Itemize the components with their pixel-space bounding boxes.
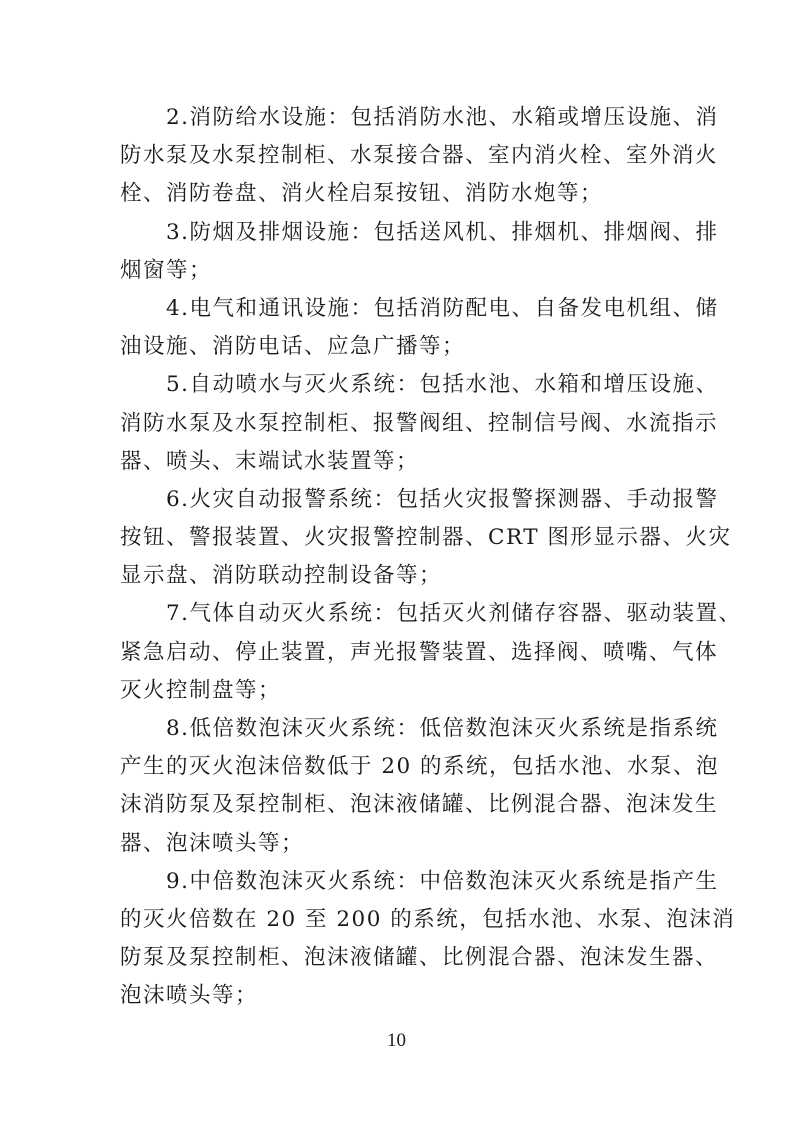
paragraph-line: 防水泵及水泵控制柜、水泵接合器、室内消火栓、室外消火	[120, 137, 676, 175]
paragraph-line: 7.气体自动灭火系统：包括灭火剂储存容器、驱动装置、	[120, 595, 676, 633]
paragraph-line: 器、泡沫喷头等；	[120, 825, 676, 863]
paragraph-item-5: 5.自动喷水与灭火系统：包括水池、水箱和增压设施、 消防水泵及水泵控制柜、报警阀…	[120, 366, 676, 481]
paragraph-line: 4.电气和通讯设施：包括消防配电、自备发电机组、储	[120, 290, 676, 328]
paragraph-line: 防泵及泵控制柜、泡沫液储罐、比例混合器、泡沫发生器、	[120, 939, 676, 977]
paragraph-item-6: 6.火灾自动报警系统：包括火灾报警探测器、手动报警 按钮、警报装置、火灾报警控制…	[120, 481, 676, 596]
paragraph-line: 泡沫喷头等；	[120, 977, 676, 1015]
paragraph-line: 器、喷头、末端试水装置等；	[120, 443, 676, 481]
paragraph-item-7: 7.气体自动灭火系统：包括灭火剂储存容器、驱动装置、 紧急启动、停止装置，声光报…	[120, 595, 676, 710]
paragraph-item-2: 2.消防给水设施：包括消防水池、水箱或增压设施、消 防水泵及水泵控制柜、水泵接合…	[120, 99, 676, 214]
paragraph-line: 3.防烟及排烟设施：包括送风机、排烟机、排烟阀、排	[120, 214, 676, 252]
paragraph-item-9: 9.中倍数泡沫灭火系统：中倍数泡沫灭火系统是指产生 的灭火倍数在 20 至 20…	[120, 863, 676, 1016]
body-text: 2.消防给水设施：包括消防水池、水箱或增压设施、消 防水泵及水泵控制柜、水泵接合…	[120, 99, 676, 1016]
paragraph-line: 紧急启动、停止装置，声光报警装置、选择阀、喷嘴、气体	[120, 634, 676, 672]
paragraph-line: 8.低倍数泡沫灭火系统：低倍数泡沫灭火系统是指系统	[120, 710, 676, 748]
paragraph-item-4: 4.电气和通讯设施：包括消防配电、自备发电机组、储 油设施、消防电话、应急广播等…	[120, 290, 676, 366]
paragraph-line: 6.火灾自动报警系统：包括火灾报警探测器、手动报警	[120, 481, 676, 519]
paragraph-line: 沫消防泵及泵控制柜、泡沫液储罐、比例混合器、泡沫发生	[120, 786, 676, 824]
paragraph-line: 5.自动喷水与灭火系统：包括水池、水箱和增压设施、	[120, 366, 676, 404]
paragraph-line: 显示盘、消防联动控制设备等；	[120, 557, 676, 595]
paragraph-line: 产生的灭火泡沫倍数低于 20 的系统，包括水池、水泵、泡	[120, 748, 676, 786]
paragraph-line: 烟窗等；	[120, 252, 676, 290]
paragraph-item-8: 8.低倍数泡沫灭火系统：低倍数泡沫灭火系统是指系统 产生的灭火泡沫倍数低于 20…	[120, 710, 676, 863]
document-page: 2.消防给水设施：包括消防水池、水箱或增压设施、消 防水泵及水泵控制柜、水泵接合…	[0, 0, 793, 1122]
paragraph-line: 灭火控制盘等；	[120, 672, 676, 710]
paragraph-line: 9.中倍数泡沫灭火系统：中倍数泡沫灭火系统是指产生	[120, 863, 676, 901]
page-number: 10	[0, 1030, 793, 1052]
paragraph-item-3: 3.防烟及排烟设施：包括送风机、排烟机、排烟阀、排 烟窗等；	[120, 214, 676, 290]
paragraph-line: 油设施、消防电话、应急广播等；	[120, 328, 676, 366]
paragraph-line: 的灭火倍数在 20 至 200 的系统，包括水池、水泵、泡沫消	[120, 901, 676, 939]
paragraph-line: 栓、消防卷盘、消火栓启泵按钮、消防水炮等；	[120, 175, 676, 213]
paragraph-line: 2.消防给水设施：包括消防水池、水箱或增压设施、消	[120, 99, 676, 137]
paragraph-line: 按钮、警报装置、火灾报警控制器、CRT 图形显示器、火灾	[120, 519, 676, 557]
paragraph-line: 消防水泵及水泵控制柜、报警阀组、控制信号阀、水流指示	[120, 405, 676, 443]
